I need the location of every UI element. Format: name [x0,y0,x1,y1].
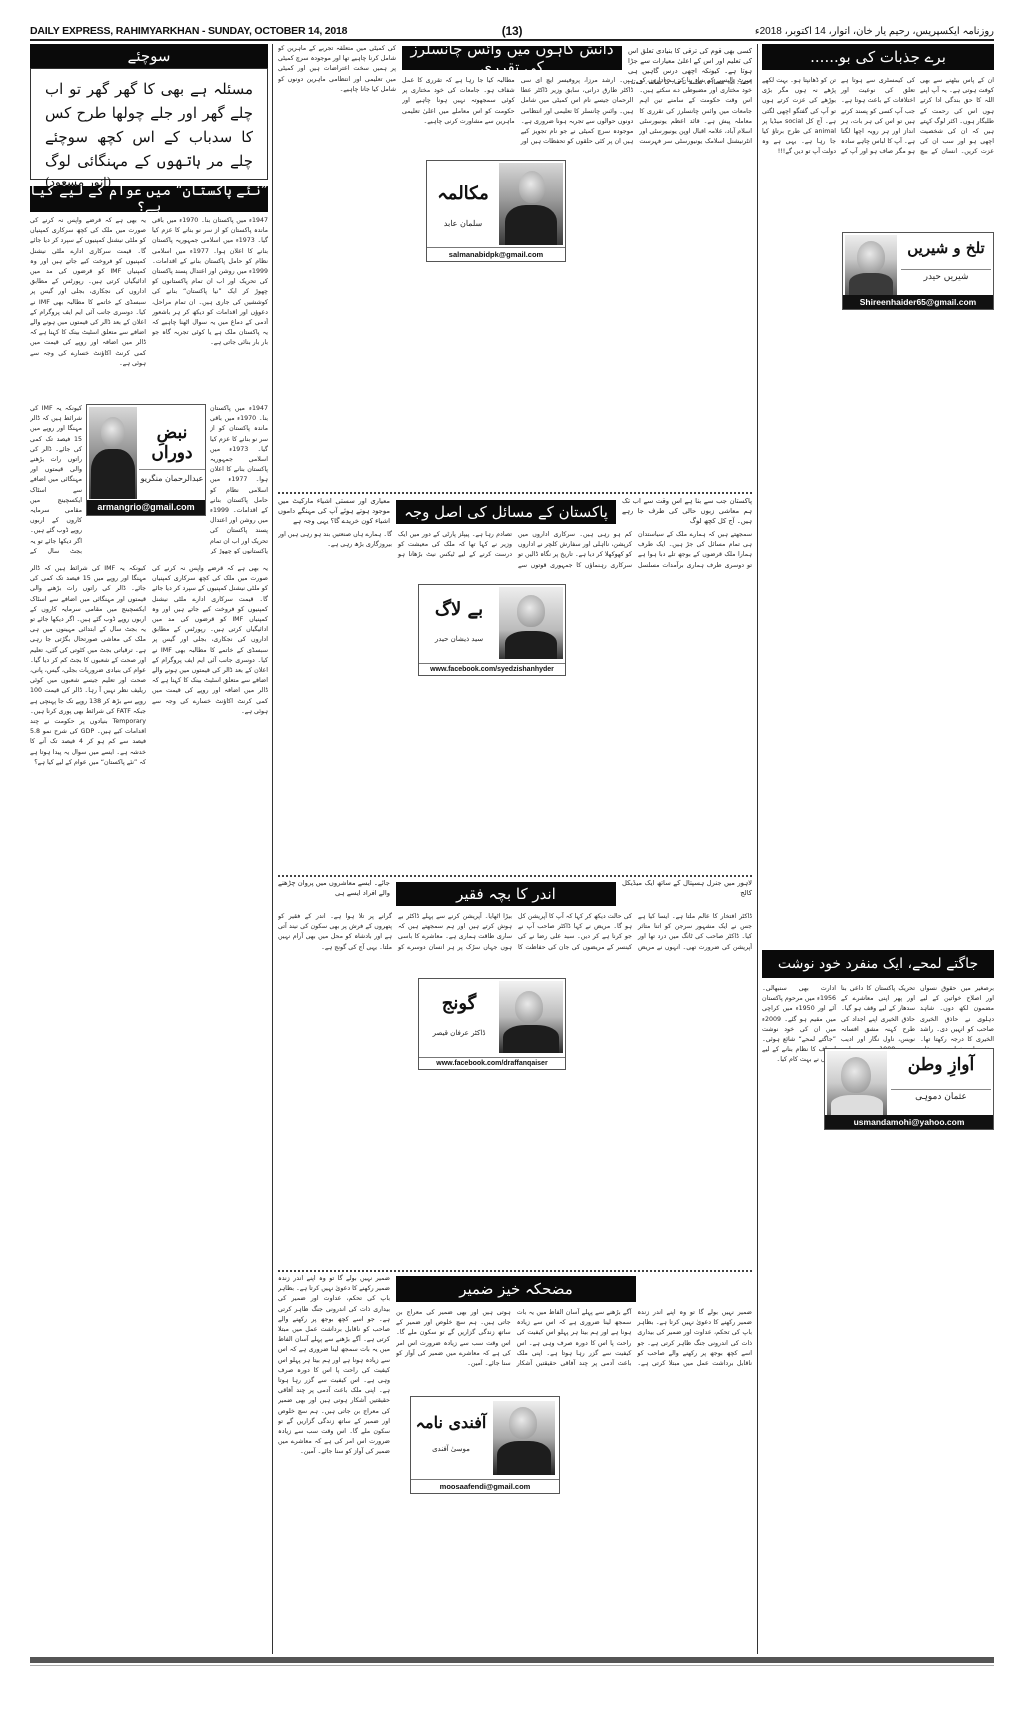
poem-line: مسئلہہےبھیکاگھرگھرتواب [45,77,253,101]
article-body: ان کے پاس بیٹھنے سے بھی کوفت ہوتی ہے۔ یہ… [762,76,994,972]
article-intro-right: پاکستان جب سے بنا ہے اس وقت سے اب تک ہم … [622,496,752,526]
author-name: عبدالرحمان منگریو [139,469,205,483]
article-vc-appointment: کی کمیٹی میں متعلقہ تجربے کے ماہرین کو ش… [278,44,752,490]
article-intro-left: معیاری اور سستی اشیاء مارکیٹ میں موجود ہ… [278,496,390,526]
poem-title: سوچئے [30,44,268,68]
article-text: 1947ء میں پاکستان بنا۔ 1970ء میں باقی ما… [210,404,268,554]
article-intro-left: جائے۔ ایسے معاشروں میں پروان چڑھنے والے … [278,878,390,908]
columnist-box-be-laag: بے لاگ سید ذیشان حیدر www.facebook.com/s… [418,584,566,676]
poem-line: چلےمرہاتھوںکےمہنگائیلوگ [45,149,253,173]
page-footer-rule [30,1665,994,1666]
article-headline: برے جذبات کی بو...... [762,44,994,70]
article-side-text: ضمیر نہیں بولے گا تو وہ اپنے اندر زندہ ض… [278,1274,390,1652]
author-photo [89,407,137,499]
author-email[interactable]: www.facebook.com/syedzishanhyder [419,663,565,673]
article-text: کیونکہ یہ IMF کی شرائط ہیں کہ ڈالر مہنگا… [30,404,82,554]
editorial-text-col: یہ بھی ہے کہ قرضے واپس نہ کرنے کی صورت م… [152,564,268,1642]
author-photo [499,587,563,659]
section-divider [278,1270,752,1272]
author-photo [845,235,897,295]
author-name: سید ذیشان حیدر [423,635,495,643]
author-email[interactable]: usmandamohi@yahoo.com [825,1115,993,1129]
author-name: ڈاکٹر عرفان قیصر [423,1029,495,1037]
editorial-headline: ”نئے پاکستان“ میں عوام کے لیے کیا ہے؟ [30,186,268,212]
author-photo [499,163,563,245]
article-headline: پاکستان کے مسائل کی اصل وجہ [396,500,616,524]
columnist-box-goonj: گونج ڈاکٹر عرفان قیصر www.facebook.com/d… [418,978,566,1070]
editorial-text-col: 1947ء میں پاکستان بنا۔ 1970ء میں باقی ما… [152,216,268,402]
page-footer-bar [30,1657,994,1663]
left-column: سوچئے مسئلہہےبھیکاگھرگھرتواب چلےگھراورجل… [30,44,268,1656]
article-intro-right: لاہور میں جنرل ہسپتال کے ساتھ ایک میڈیکل… [622,878,752,908]
column-divider [757,44,758,1654]
column-name: نبضِ دوراں [139,423,205,463]
author-name: موسیٰ آفندی [415,1445,487,1453]
author-email[interactable]: Shireenhaider65@gmail.com [843,295,993,309]
author-photo [827,1051,887,1115]
section-divider [278,875,752,877]
editorial-continued: کیونکہ یہ IMF کی شرائط ہیں کہ ڈالر مہنگا… [30,564,268,1642]
column-divider [272,44,273,1654]
author-email[interactable]: www.facebook.com/draffanqaiser [419,1057,565,1067]
page-masthead: DAILY EXPRESS, RAHIMYARKHAN - SUNDAY, OC… [30,24,994,38]
masthead-urdu: روزنامہ ایکسپریس، رحیم یار خان، اتوار، 1… [755,26,994,37]
column-name: گونج [423,993,495,1014]
article-pakistan-problems: معیاری اور سستی اشیاء مارکیٹ میں موجود ہ… [278,496,752,852]
masthead-english: DAILY EXPRESS, RAHIMYARKHAN - SUNDAY, OC… [30,25,347,37]
columnist-box-awaz-e-watan: آوازِ وطن عثمان دموہی usmandamohi@yahoo.… [824,1048,994,1130]
author-email[interactable]: armangrio@gmail.com [87,500,205,515]
columnist-box-nabz: نبضِ دوراں عبدالرحمان منگریو armangrio@g… [86,404,206,516]
column-name: تلخ و شیریں [901,239,991,257]
article-body: سمجھتے ہیں کہ ہمارے ملک کے سیاستدان ہی ت… [278,530,752,850]
columnist-box-afandi-nama: آفندی نامہ موسیٰ آفندی moosaafendi@gmail… [410,1396,560,1494]
column-name: آفندی نامہ [415,1413,487,1432]
article-side-text: کی کمیٹی میں متعلقہ تجربے کے ماہرین کو ش… [278,44,396,484]
editorial-text-col: یہ بھی ہے کہ قرضے واپس نہ کرنے کی صورت م… [30,216,146,402]
poem-box: مسئلہہےبھیکاگھرگھرتواب چلےگھراورجلےچولھا… [30,68,268,180]
right-column: برے جذبات کی بو...... ان کے پاس بیٹھنے س… [762,44,994,1656]
article-headline: مضحکہ خیز ضمیر [396,1276,636,1302]
masthead-rule [30,39,994,41]
article-headline: اندر کا بچہ فقیر [396,882,616,906]
author-email[interactable]: salmanabidpk@gmail.com [427,247,565,259]
article-headline: جاگتے لمحے، ایک منفرد خود نوشت [762,950,994,978]
article-body: میرٹ پالیسی کو بنیاد بنا کر ہم اداروں کو… [402,76,752,484]
poem-line: کاسدبابکےاسکچھسوچئے [45,125,253,149]
section-divider [278,492,752,494]
editorial-text-col: کیونکہ یہ IMF کی شرائط ہیں کہ ڈالر مہنگا… [30,564,146,1642]
columnist-box-mukalma: مکالمہ سلمان عابد salmanabidpk@gmail.com [426,160,566,262]
article-body: ڈاکٹر افتخار کا عالم ملتا ہے۔ ایسا کیا ہ… [278,912,752,1262]
columnist-box-talkh-o-shireen: تلخ و شیریں شیریں حیدر Shireenhaider65@g… [842,232,994,310]
author-name: سلمان عابد [431,219,495,228]
article-absurd-conscience: مضحکہ خیز ضمیر ضمیر نہیں بولے گا تو وہ ا… [278,1274,752,1654]
author-name: عثمان دموہی [891,1089,991,1102]
author-name: شیریں حیدر [901,269,991,282]
article-headline: دانش گاہوں میں وائس چانسلرز کی تقرری [402,46,622,70]
column-name: بے لاگ [423,599,495,620]
poem-line: چلےگھراورجلےچولھاطرحکس [45,101,253,125]
column-name: آوازِ وطن [891,1055,991,1075]
article-inner-beggar: جائے۔ ایسے معاشروں میں پروان چڑھنے والے … [278,878,752,1268]
editorial-body: یہ بھی ہے کہ قرضے واپس نہ کرنے کی صورت م… [30,216,268,402]
columnist-section: کیونکہ یہ IMF کی شرائط ہیں کہ ڈالر مہنگا… [30,404,268,564]
page-number: (13) [502,24,523,38]
column-name: مکالمہ [431,183,495,204]
author-photo [493,1401,555,1475]
author-email[interactable]: moosaafendi@gmail.com [411,1479,559,1491]
author-photo [499,981,563,1053]
